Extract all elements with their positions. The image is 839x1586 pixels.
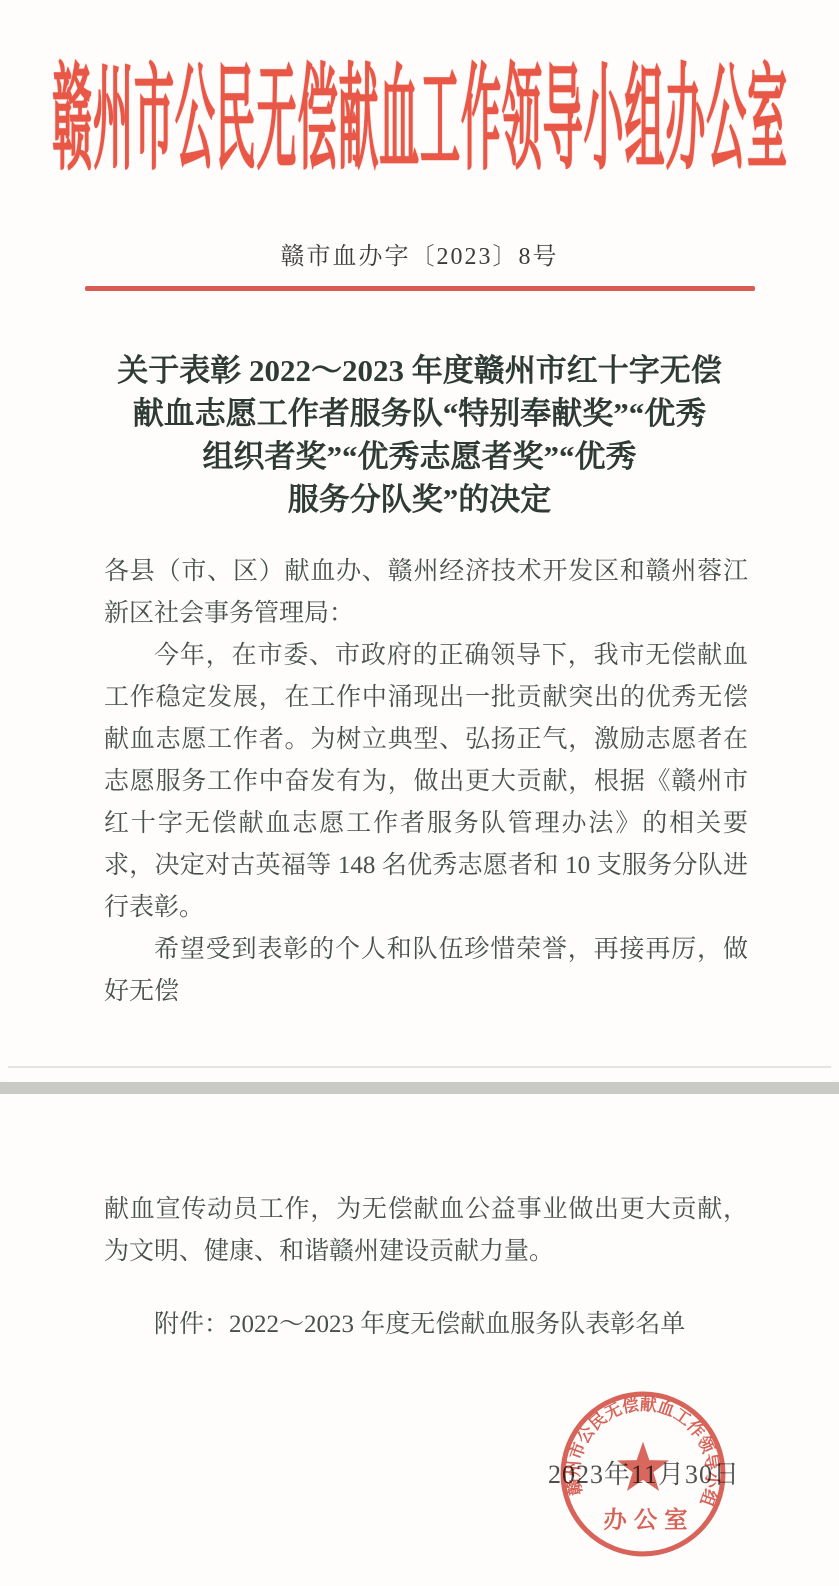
page-one: 赣州市公民无偿献血工作领导小组办公室 赣市血办字〔2023〕8号 关于表彰 20… [0, 0, 839, 1080]
title-line: 献血志愿工作者服务队“特别奉献奖”“优秀 [60, 392, 779, 435]
document-title: 关于表彰 2022～2023 年度赣州市红十字无偿 献血志愿工作者服务队“特别奉… [60, 349, 779, 521]
official-seal: 赣州市公民无偿献血工作领导小组 办公室 [557, 1388, 729, 1560]
seal-office-text: 办公室 [604, 1507, 695, 1534]
title-line: 关于表彰 2022～2023 年度赣州市红十字无偿 [60, 349, 779, 392]
page-bottom-edge-line [8, 1066, 831, 1068]
red-star-icon [617, 1442, 669, 1491]
document-photo: 赣州市公民无偿献血工作领导小组办公室 赣市血办字〔2023〕8号 关于表彰 20… [0, 0, 839, 1586]
red-separator-rule [85, 286, 755, 291]
body-paragraph-continuation: 献血宣传动员工作，为无偿献血公益事业做出更大贡献，为文明、健康、和谐赣州建设贡献… [104, 1189, 748, 1273]
body-paragraph-2: 希望受到表彰的个人和队伍珍惜荣誉，再接再厉，做好无偿 [104, 929, 748, 1013]
body-text-block: 各县（市、区）献血办、赣州经济技术开发区和赣州蓉江新区社会事务管理局： 今年，在… [104, 551, 748, 1013]
body-paragraph-1: 今年，在市委、市政府的正确领导下，我市无偿献血工作稳定发展，在工作中涌现出一批贡… [104, 635, 748, 929]
doc-number: 赣市血办字〔2023〕8号 [0, 236, 839, 271]
salutation-line: 各县（市、区）献血办、赣州经济技术开发区和赣州蓉江新区社会事务管理局： [104, 551, 748, 635]
page-two: 献血宣传动员工作，为无偿献血公益事业做出更大贡献，为文明、健康、和谐赣州建设贡献… [0, 1094, 839, 1586]
attachment-line: 附件：2022～2023 年度无偿献血服务队表彰名单 [104, 1304, 748, 1346]
page-break-band [0, 1082, 839, 1094]
title-line: 组织者奖”“优秀志愿者奖”“优秀 [60, 435, 779, 478]
title-line: 服务分队奖”的决定 [60, 478, 779, 521]
org-header-title: 赣州市公民无偿献血工作领导小组办公室 [52, 28, 788, 193]
